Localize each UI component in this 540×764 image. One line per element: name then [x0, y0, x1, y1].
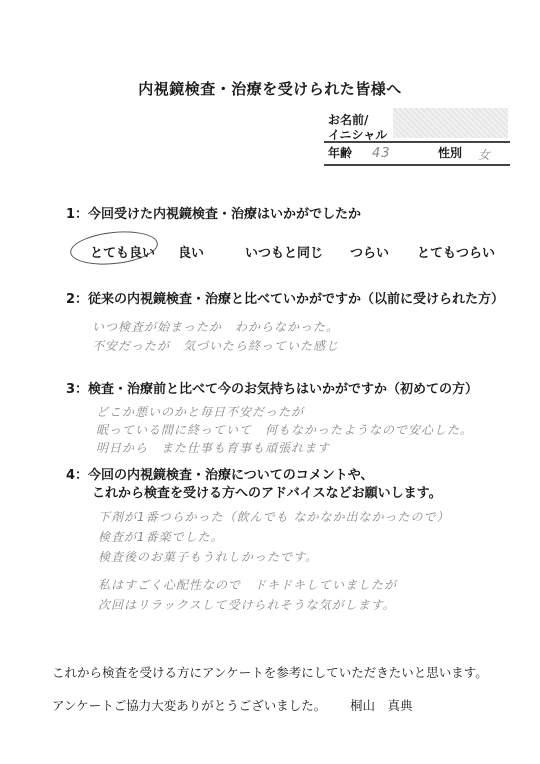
footer-message: これから検査を受ける方にアンケートを参考にしていただきたいと思います。 [52, 663, 488, 681]
sex-label: 性別 [438, 146, 462, 161]
question-text: 今回受けた内視鏡検査・治療はいかがでしたか [88, 207, 361, 222]
question-number: 1： [66, 207, 88, 222]
question-text: 検査・治療前と比べて今のお気持ちはいかがですか（初めての方） [88, 382, 478, 397]
age-label: 年齢 [328, 146, 352, 161]
answer-4-line-1[interactable]: 下剤が1番つらかった（飲んでも なかなか出なかったので） [98, 508, 449, 525]
question-number: 3： [66, 382, 88, 397]
question-2: 2：従来の内視鏡検査・治療と比べていかがですか（以前に受けられた方） [66, 288, 504, 307]
document-title: 内視鏡検査・治療を受けられた皆様へ [0, 78, 540, 99]
option-same-as-usual[interactable]: いつもと同じ [245, 242, 323, 261]
footer-thanks: アンケートご協力大変ありがとうございました。 [52, 696, 326, 714]
question-3: 3：検査・治療前と比べて今のお気持ちはいかがですか（初めての方） [66, 378, 478, 397]
answer-4-line-3[interactable]: 検査後のお菓子もうれしかったです。 [98, 548, 318, 565]
divider-line [324, 164, 510, 166]
answer-4-line-2[interactable]: 検査が1番楽でした。 [98, 528, 224, 545]
age-field[interactable]: 43 [372, 146, 391, 161]
name-label: お名前/ イニシャル [328, 113, 387, 143]
question-4-line-2: これから検査を受ける方へのアドバイスなどお願いします。 [92, 482, 442, 501]
question-text: 従来の内視鏡検査・治療と比べていかがですか（以前に受けられた方） [88, 292, 504, 307]
divider-line [324, 141, 510, 143]
question-number: 2： [66, 292, 88, 307]
option-good[interactable]: 良い [178, 242, 204, 261]
option-very-good[interactable]: とても良い [90, 242, 155, 261]
name-field-redacted[interactable] [393, 108, 508, 138]
answer-3-line-1[interactable]: どこか悪いのかと毎日不安だったが [96, 403, 304, 420]
name-label-line1: お名前/ [328, 113, 387, 128]
option-hard[interactable]: つらい [350, 242, 389, 261]
question-text-line1: 今回の内視鏡検査・治療についてのコメントや、 [88, 468, 373, 483]
answer-4-line-4[interactable]: 私はすごく心配性なので ドキドキしていましたが [98, 576, 397, 593]
answer-4-line-5[interactable]: 次回はリラックスして受けられそうな気がします。 [98, 596, 396, 613]
answer-2-line-1[interactable]: いつ検査が始まったか わからなかった。 [92, 318, 339, 335]
answer-3-line-2[interactable]: 眠っている間に終っていて 何もなかったようなので安心した。 [96, 421, 473, 438]
question-number: 4： [66, 468, 88, 483]
answer-3-line-3[interactable]: 明日から また仕事も育事も頑張れます [96, 439, 330, 456]
sex-field[interactable]: 女 [478, 146, 491, 163]
option-very-hard[interactable]: とてもつらい [417, 242, 495, 261]
signature: 桐山 真典 [350, 696, 413, 714]
question-4: 4：今回の内視鏡検査・治療についてのコメントや、 [66, 464, 374, 483]
question-1: 1：今回受けた内視鏡検査・治療はいかがでしたか [66, 203, 361, 222]
answer-2-line-2[interactable]: 不安だったが 気づいたら終っていた感じ [92, 337, 339, 354]
